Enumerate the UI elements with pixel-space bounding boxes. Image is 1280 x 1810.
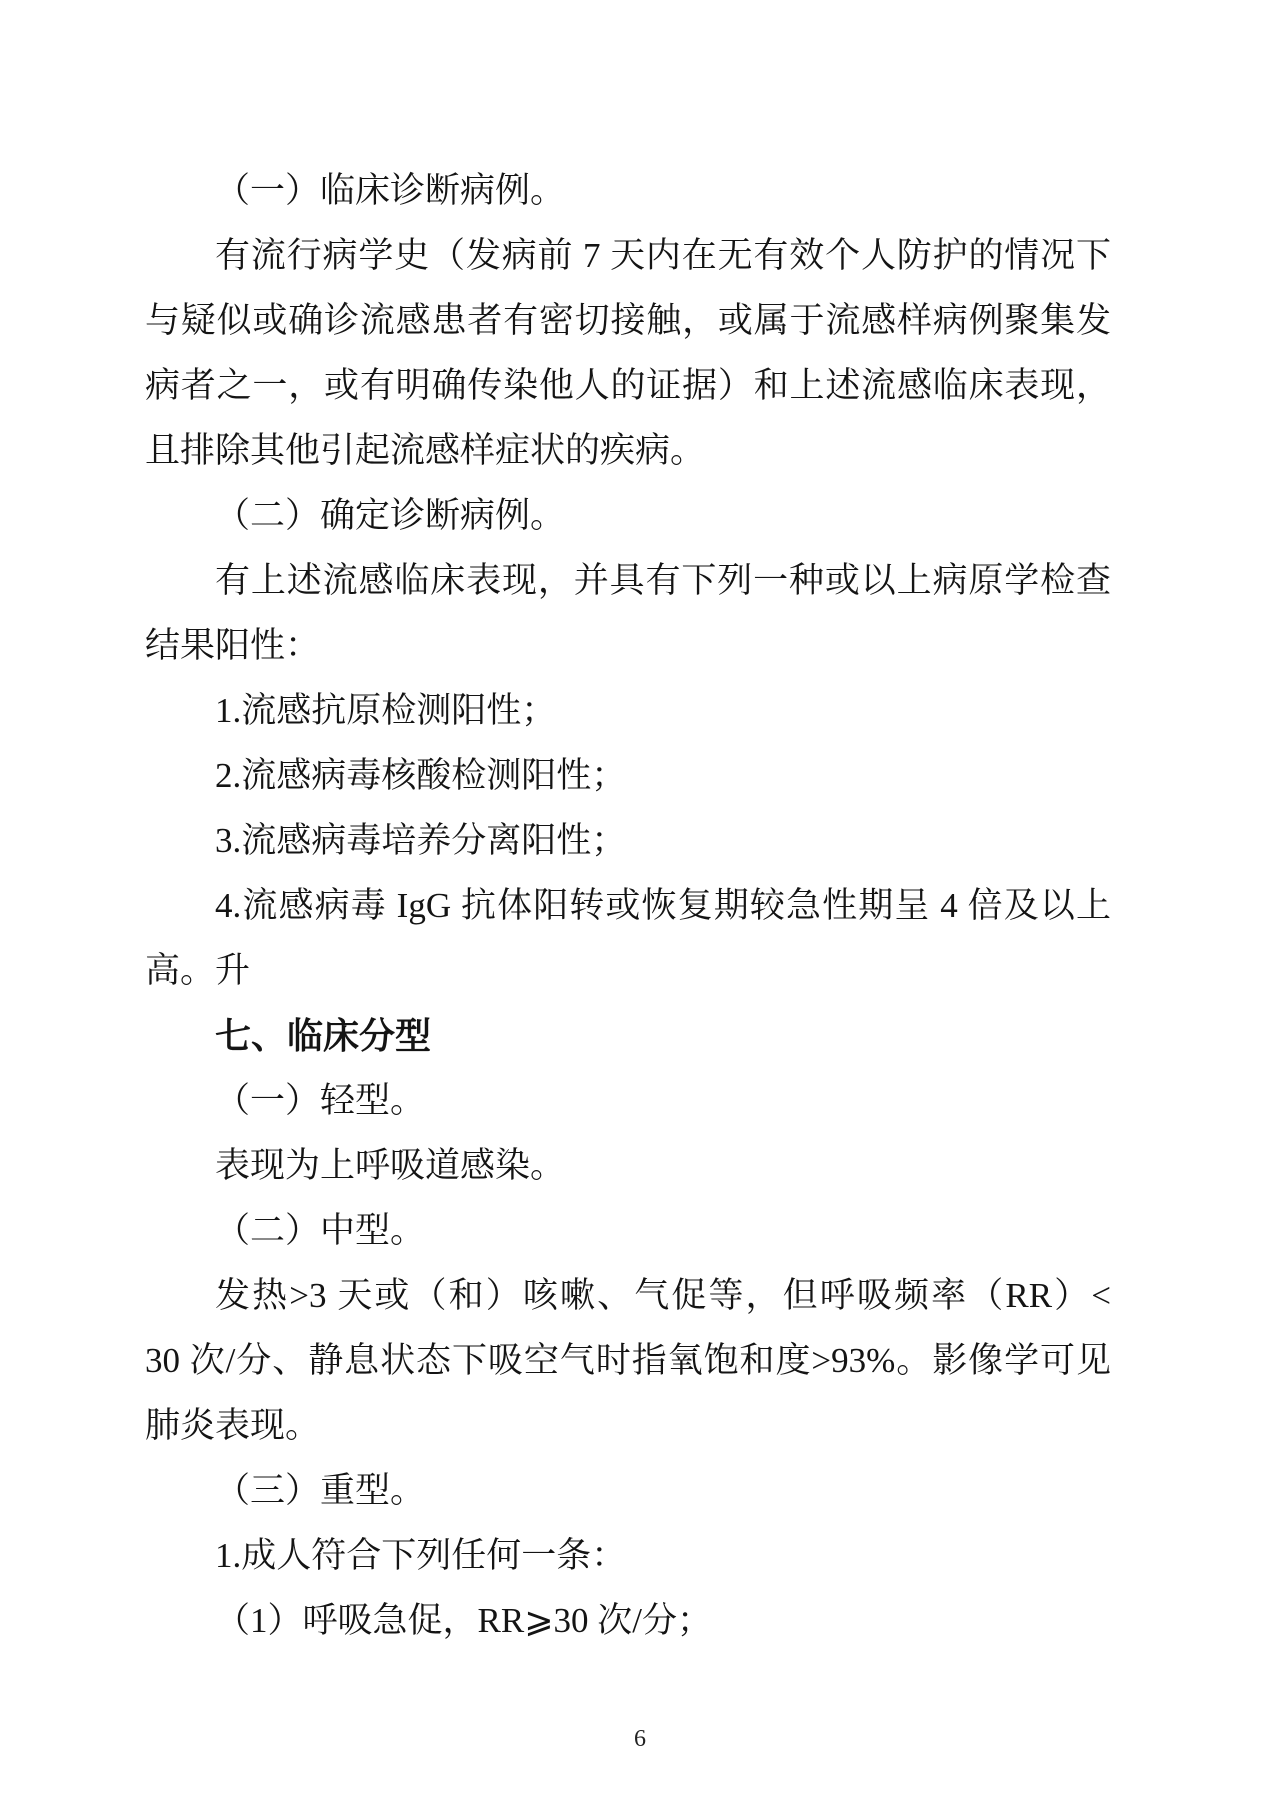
list-item-respiratory-rate: （1）呼吸急促，RR⩾30 次/分； bbox=[145, 1588, 1111, 1653]
paragraph-line: 有上述流感临床表现，并具有下列一种或以上病原学检查 bbox=[145, 548, 1111, 613]
subsection-title-moderate-type: （二）中型。 bbox=[145, 1198, 1111, 1263]
paragraph-line: 且排除其他引起流感样症状的疾病。 bbox=[145, 418, 1111, 483]
paragraph-line: 高。 bbox=[145, 938, 1111, 1003]
subsection-title-severe-type: （三）重型。 bbox=[145, 1458, 1111, 1523]
paragraph-line: 发热>3 天或（和）咳嗽、气促等，但呼吸频率（RR）< bbox=[145, 1263, 1111, 1328]
paragraph-line: 30 次/分、静息状态下吸空气时指氧饱和度>93%。影像学可见 bbox=[145, 1328, 1111, 1393]
page-number: 6 bbox=[0, 1722, 1280, 1756]
document-body: （一）临床诊断病例。 有流行病学史（发病前 7 天内在无有效个人防护的情况下 与… bbox=[145, 158, 1111, 1653]
subsection-title-mild-type: （一）轻型。 bbox=[145, 1068, 1111, 1133]
list-item-igg-antibody: 4.流感病毒 IgG 抗体阳转或恢复期较急性期呈 4 倍及以上升 bbox=[145, 873, 1111, 938]
subsection-title-clinical-diagnosis-case: （一）临床诊断病例。 bbox=[145, 158, 1111, 223]
list-item-nucleic-acid-positive: 2.流感病毒核酸检测阳性； bbox=[145, 743, 1111, 808]
paragraph-line: 结果阳性： bbox=[145, 613, 1111, 678]
paragraph-line: 与疑似或确诊流感患者有密切接触，或属于流感样病例聚集发 bbox=[145, 288, 1111, 353]
paragraph-line: 病者之一，或有明确传染他人的证据）和上述流感临床表现， bbox=[145, 353, 1111, 418]
subsection-title-confirmed-diagnosis-case: （二）确定诊断病例。 bbox=[145, 483, 1111, 548]
section-heading-clinical-classification: 七、临床分型 bbox=[145, 1003, 1111, 1068]
paragraph-line: 肺炎表现。 bbox=[145, 1393, 1111, 1458]
list-item-adult-criteria: 1.成人符合下列任何一条： bbox=[145, 1523, 1111, 1588]
list-item-antigen-positive: 1.流感抗原检测阳性； bbox=[145, 678, 1111, 743]
paragraph-line: 表现为上呼吸道感染。 bbox=[145, 1133, 1111, 1198]
document-page: （一）临床诊断病例。 有流行病学史（发病前 7 天内在无有效个人防护的情况下 与… bbox=[0, 0, 1280, 1810]
list-item-culture-isolation-positive: 3.流感病毒培养分离阳性； bbox=[145, 808, 1111, 873]
paragraph-line: 有流行病学史（发病前 7 天内在无有效个人防护的情况下 bbox=[145, 223, 1111, 288]
